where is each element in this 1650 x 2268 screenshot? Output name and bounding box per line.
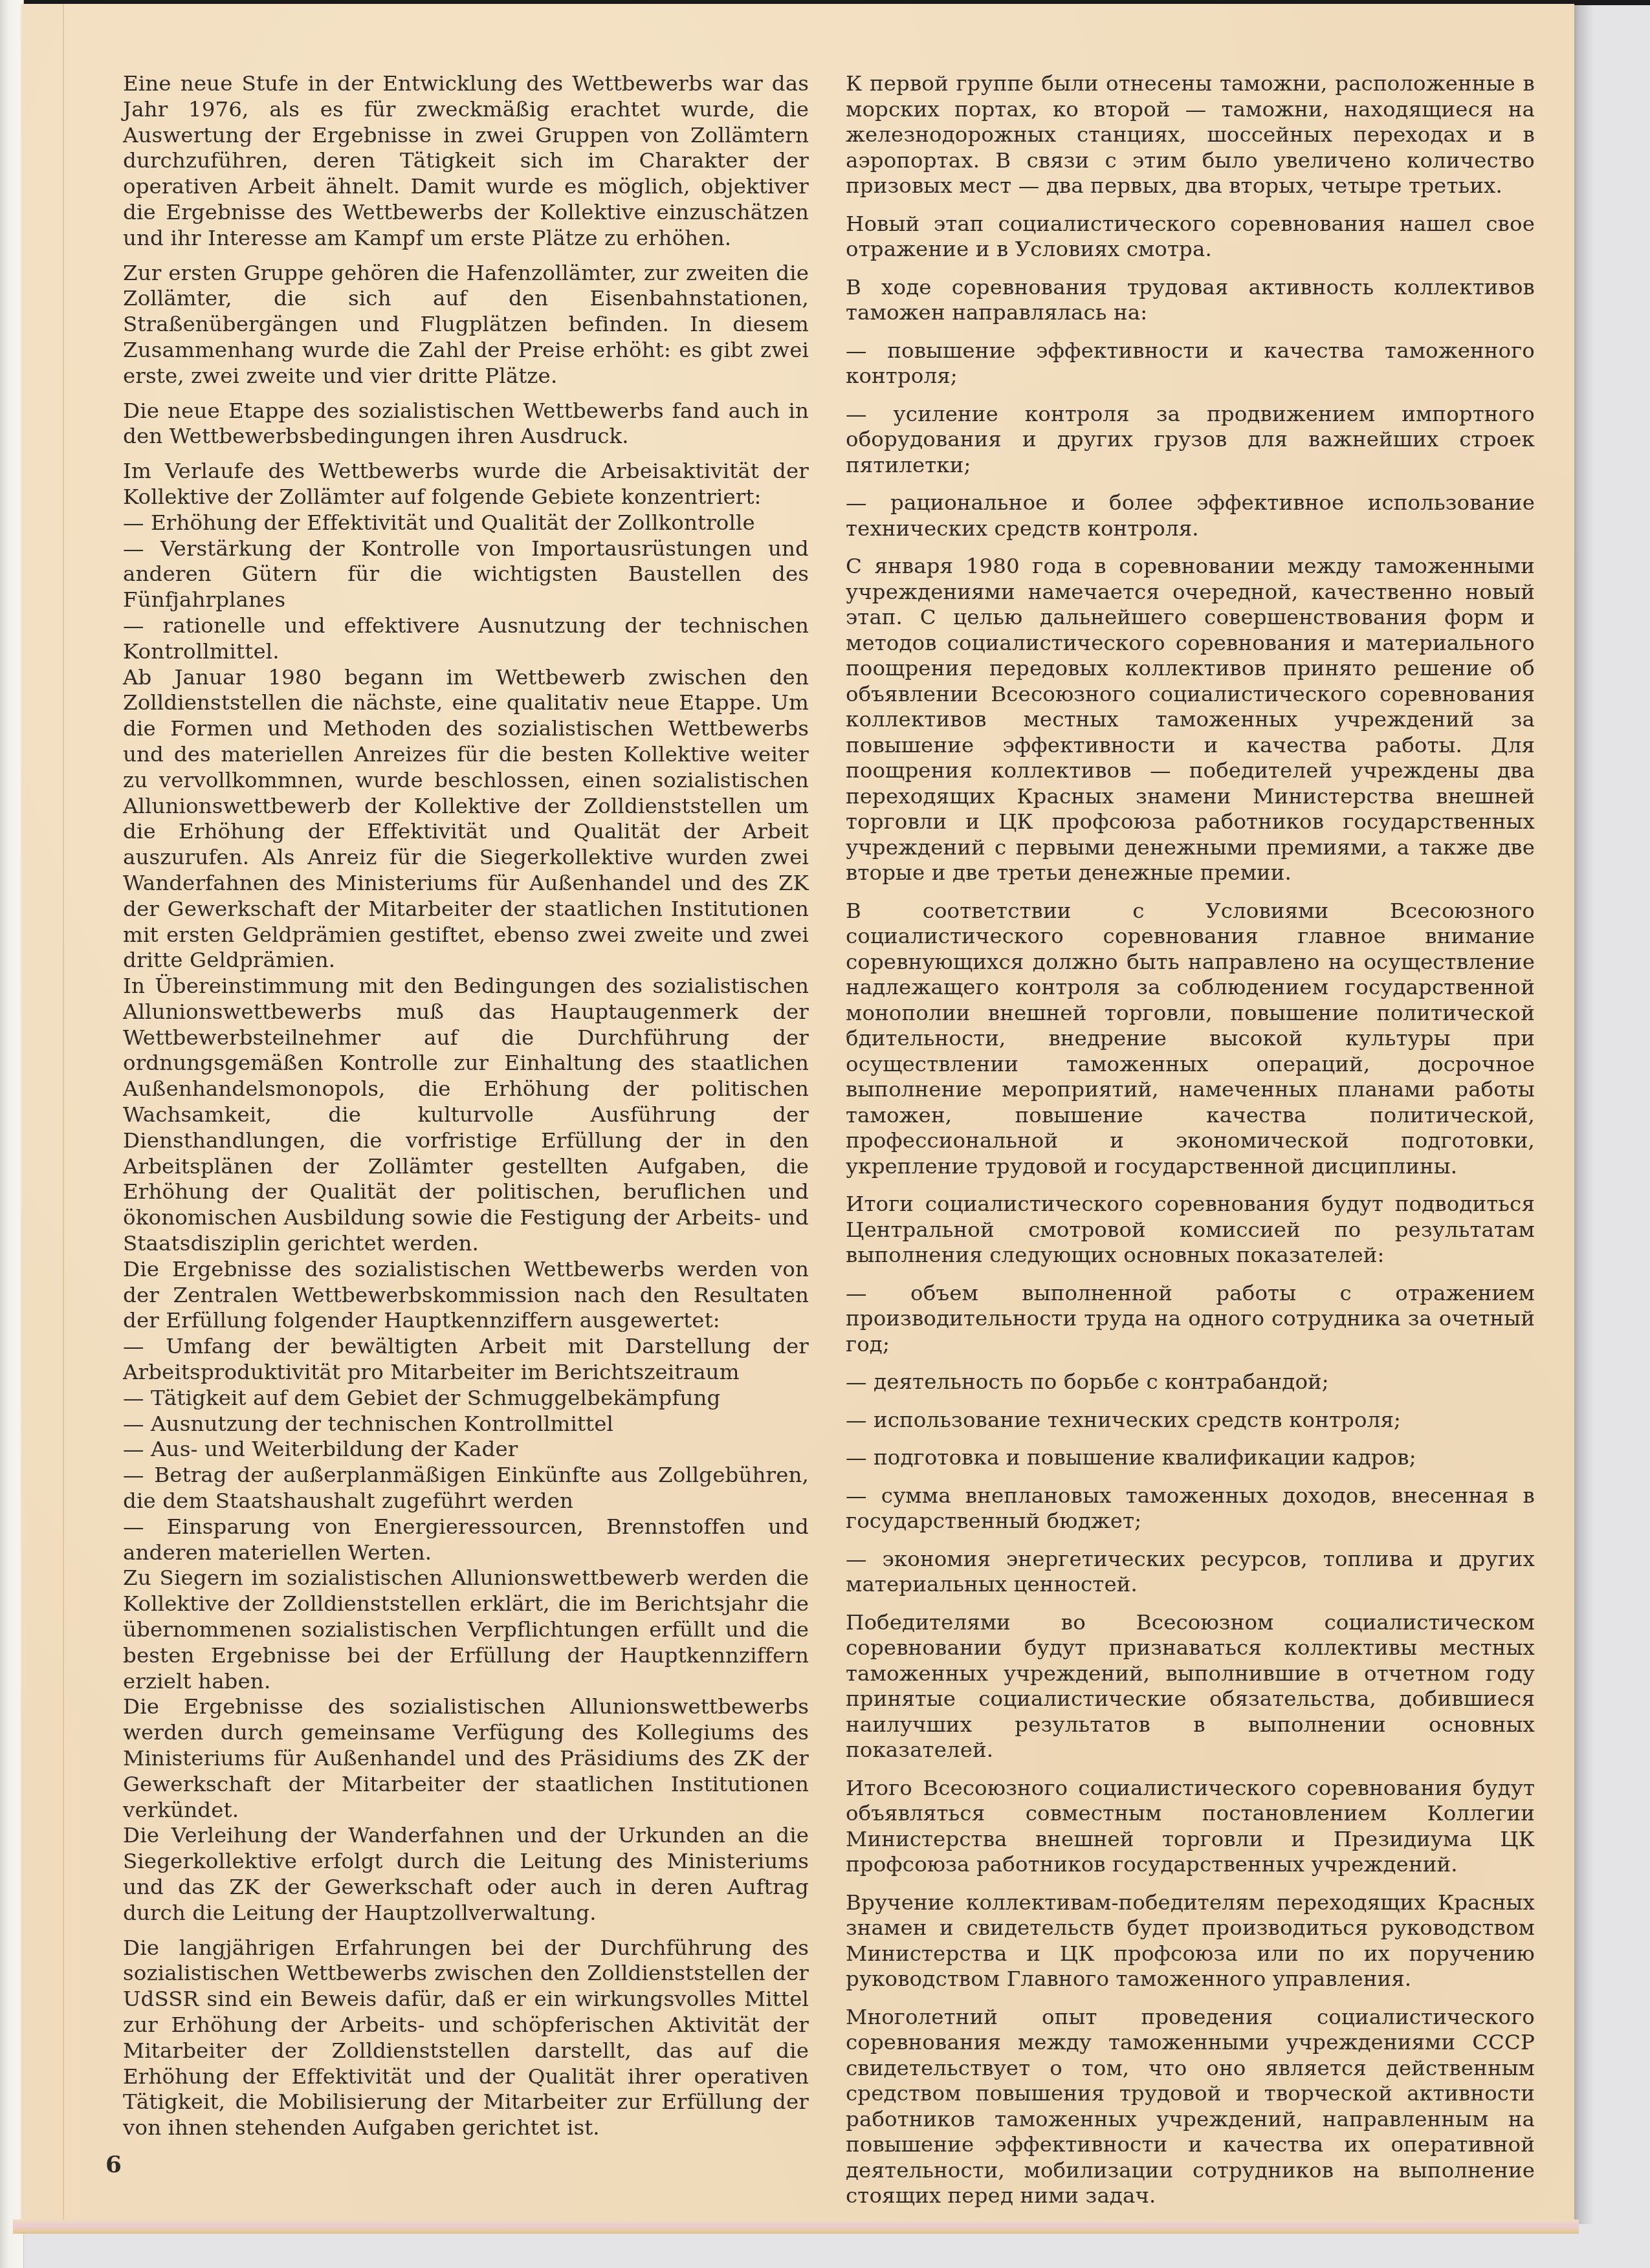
ru-list-item: — деятельность по борьбе с контрабандой; bbox=[846, 1369, 1535, 1395]
de-paragraph: Die Ergebnisse des sozialistischen Allun… bbox=[123, 1694, 809, 1823]
ru-paragraph: К первой группе были отнесены таможни, р… bbox=[846, 71, 1535, 199]
ru-list-item: — подготовка и повышение квалификации ка… bbox=[846, 1445, 1535, 1471]
ru-list-item: — объем выполненной работы с отражением … bbox=[846, 1281, 1535, 1358]
de-list-item: — Verstärkung der Kontrolle von Importau… bbox=[123, 536, 809, 613]
de-paragraph: Eine neue Stufe in der Entwicklung des W… bbox=[123, 71, 809, 252]
de-list-item: — Tätigkeit auf dem Gebiet der Schmuggel… bbox=[123, 1386, 809, 1412]
de-paragraph: Die neue Etappe des sozialistischen Wett… bbox=[123, 398, 809, 450]
german-text-column: Eine neue Stufe in der Entwicklung des W… bbox=[123, 71, 809, 2141]
ru-paragraph: Победителями во Всесоюзном социалистичес… bbox=[846, 1610, 1535, 1763]
russian-text-column: К первой группе были отнесены таможни, р… bbox=[846, 71, 1535, 2221]
de-list-item: — Aus- und Weiterbildung der Kader bbox=[123, 1437, 809, 1463]
ru-paragraph: С января 1980 года в соревновании между … bbox=[846, 554, 1535, 886]
ru-list-item: — усиление контроля за продвижением импо… bbox=[846, 402, 1535, 479]
ru-paragraph: Многолетний опыт проведения социалистиче… bbox=[846, 2005, 1535, 2209]
de-paragraph: Die langjährigen Erfahrungen bei der Dur… bbox=[123, 1935, 809, 2141]
de-paragraph: Die Ergebnisse des sozialistischen Wettb… bbox=[123, 1257, 809, 1334]
scan-margin-strip bbox=[0, 0, 24, 2268]
page-stack-edge bbox=[13, 2219, 1579, 2234]
ru-list-item: — рациональное и более эффективное испол… bbox=[846, 490, 1535, 541]
ru-paragraph: В соответствии с Условиями Всесоюзного с… bbox=[846, 899, 1535, 1180]
page-number: 6 bbox=[105, 2151, 122, 2178]
de-list-item: — Umfang der bewältigten Arbeit mit Dars… bbox=[123, 1334, 809, 1386]
ru-paragraph: Новый этап социалистического соревновани… bbox=[846, 212, 1535, 263]
ru-paragraph: В ходе соревнования трудовая активность … bbox=[846, 275, 1535, 326]
de-paragraph: Zu Siegern im sozialistischen Allunionsw… bbox=[123, 1565, 809, 1694]
paper-fold-line bbox=[63, 4, 64, 2229]
ru-list-item: — экономия энергетических ресурсов, топл… bbox=[846, 1547, 1535, 1598]
de-list-item: — Ausnutzung der technischen Kontrollmit… bbox=[123, 1412, 809, 1437]
de-paragraph: Ab Januar 1980 begann im Wettbewerb zwis… bbox=[123, 665, 809, 974]
page-shadow bbox=[1574, 5, 1594, 2224]
de-paragraph: Im Verlaufe des Wettbewerbs wurde die Ar… bbox=[123, 459, 809, 510]
ru-paragraph: Итого Всесоюзного социалистического соре… bbox=[846, 1776, 1535, 1878]
de-paragraph: In Übereinstimmung mit den Bedingungen d… bbox=[123, 974, 809, 1257]
de-list-item: — Erhöhung der Effektivität und Qualität… bbox=[123, 510, 809, 536]
ru-list-item: — повышение эффективности и качества там… bbox=[846, 338, 1535, 389]
de-paragraph: Zur ersten Gruppe gehören die Hafenzollä… bbox=[123, 261, 809, 389]
de-list-item: — Einsparung von Energieressourcen, Bren… bbox=[123, 1514, 809, 1566]
de-list-item: — rationelle und effektivere Ausnutzung … bbox=[123, 613, 809, 665]
ru-list-item: — сумма внеплановых таможенных доходов, … bbox=[846, 1483, 1535, 1534]
ru-paragraph: Итоги социалистического соревнования буд… bbox=[846, 1192, 1535, 1269]
ru-paragraph: Вручение коллективам-победителям переход… bbox=[846, 1890, 1535, 1992]
de-list-item: — Betrag der außerplanmäßigen Einkünfte … bbox=[123, 1463, 809, 1514]
ru-list-item: — использование технических средств конт… bbox=[846, 1408, 1535, 1434]
de-paragraph: Die Verleihung der Wanderfahnen und der … bbox=[123, 1823, 809, 1926]
